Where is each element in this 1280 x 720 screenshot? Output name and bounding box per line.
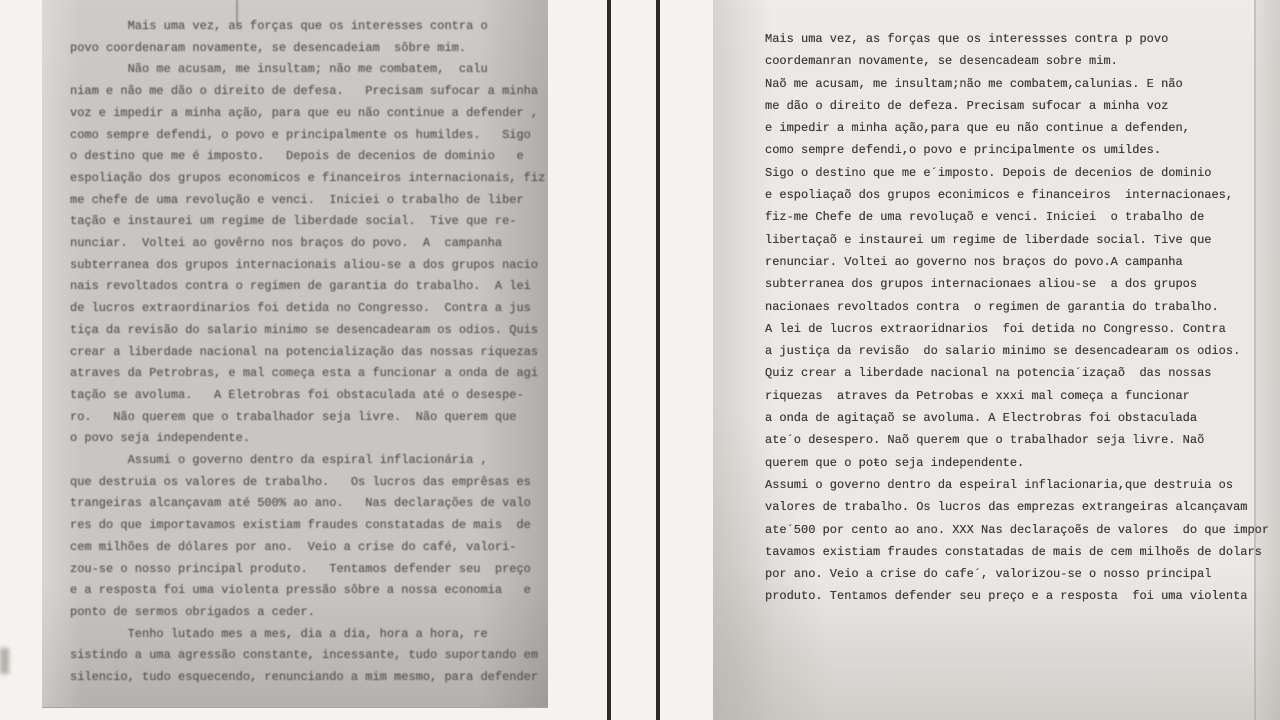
text-line: de lucros extraordinarios foi detida no … (70, 298, 548, 320)
text-line: que destruia os valores de trabalho. Os … (70, 472, 548, 494)
text-line: como sempre defendi, o povo e principalm… (70, 125, 548, 147)
text-line: nais revoltados contra o regimen de gara… (70, 276, 548, 298)
text-line: fiz-me Chefe de uma revoluçaõ e venci. I… (765, 206, 1275, 228)
text-line: me dão o direito de defeza. Precisam suf… (765, 95, 1275, 117)
scan-smudge (0, 648, 9, 674)
text-line: e impedir a minha ação,para que eu não c… (765, 117, 1275, 139)
text-line: ate´500 por cento ao ano. XXX Nas declar… (765, 519, 1275, 541)
text-line: Mais uma vez, as forças que os interesse… (70, 16, 548, 38)
text-line: e espoliaçaõ dos grupos econimicos e fin… (765, 184, 1275, 206)
text-line: e a resposta foi uma violenta pressão sô… (70, 580, 548, 602)
text-line: cem milhões de dólares por ano. Veio a c… (70, 537, 548, 559)
text-line: A lei de lucros extraoridnarios foi deti… (765, 318, 1275, 340)
text-line: a justiça da revisão do salario minimo s… (765, 340, 1275, 362)
text-line: Assumi o governo dentro da espiral infla… (70, 450, 548, 472)
left-page-text: Mais uma vez, as forças que os interesse… (70, 16, 548, 689)
text-line: a onda de agitaçaõ se avoluma. A Electro… (765, 407, 1275, 429)
text-line: atraves da Petrobras, e mal começa esta … (70, 363, 548, 385)
text-line: tação se avoluma. A Eletrobras foi obsta… (70, 385, 548, 407)
right-page: Mais uma vez, as forças que os interesss… (713, 0, 1280, 720)
text-line: crear a liberdade nacional na potenciali… (70, 342, 548, 364)
text-line: tavamos existiam fraudes constatadas de … (765, 541, 1275, 563)
text-line: subterranea dos grupos internacionais al… (70, 255, 548, 277)
text-line: renunciar. Voltei ao governo nos braços … (765, 251, 1275, 273)
text-line: silencio, tudo esquecendo, renunciando a… (70, 667, 548, 689)
text-line: povo coordenaram novamente, se desencade… (70, 38, 548, 60)
text-line: zou-se o nosso principal produto. Tentam… (70, 559, 548, 581)
book-spine-line-left (607, 0, 611, 720)
text-line: riquezas atraves da Petrobas e xxxi mal … (765, 385, 1275, 407)
text-line: Sigo o destino que me e´imposto. Depois … (765, 162, 1275, 184)
left-page: Mais uma vez, as forças que os interesse… (42, 0, 548, 707)
text-line: subterranea dos grupos internacionaes al… (765, 273, 1275, 295)
text-line: sistindo a uma agressão constante, inces… (70, 645, 548, 667)
text-line: voz e impedir a minha ação, para que eu … (70, 103, 548, 125)
text-line: por ano. Veio a crise do cafe´, valorizo… (765, 563, 1275, 585)
text-line: ate´o desespero. Naõ querem que o trabal… (765, 429, 1275, 451)
text-line: nacionaes revoltados contra o regimen de… (765, 296, 1275, 318)
text-line: niam e não me dão o direito de defesa. P… (70, 81, 548, 103)
text-line: querem que o poŧo seja independente. (765, 452, 1275, 474)
text-line: me chefe de uma revolução e venci. Inici… (70, 190, 548, 212)
text-line: Quiz crear a liberdade nacional na poten… (765, 362, 1275, 384)
text-line: tação e instaurei um regime de liberdade… (70, 211, 548, 233)
text-line: o povo seja independente. (70, 428, 548, 450)
text-line: Assumi o governo dentro da espeiral infl… (765, 474, 1275, 496)
text-line: Naõ me acusam, me insultam;não me combat… (765, 73, 1275, 95)
text-line: o destino que me é imposto. Depois de de… (70, 146, 548, 168)
text-line: ro. Não querem que o trabalhador seja li… (70, 407, 548, 429)
scan-background: Mais uma vez, as forças que os interesse… (0, 0, 1280, 720)
text-line: valores de trabalho. Os lucros das empre… (765, 496, 1275, 518)
book-spine-line-right (656, 0, 660, 720)
text-line: ponto de sermos obrigados a ceder. (70, 602, 548, 624)
text-line: Tenho lutado mes a mes, dia a dia, hora … (70, 624, 548, 646)
text-line: Mais uma vez, as forças que os interesss… (765, 28, 1275, 50)
text-line: produto. Tentamos defender seu preço e a… (765, 585, 1275, 607)
text-line: espoliação dos grupos economicos e finan… (70, 168, 548, 190)
text-line: libertaçaõ e instaurei um regime de libe… (765, 229, 1275, 251)
text-line: trangeiras alcançavam até 500% ao ano. N… (70, 493, 548, 515)
right-page-text: Mais uma vez, as forças que os interesss… (765, 28, 1275, 608)
text-line: como sempre defendi,o povo e principalme… (765, 139, 1275, 161)
text-line: Não me acusam, me insultam; não me comba… (70, 59, 548, 81)
text-line: nunciar. Voltei ao govêrno nos braços do… (70, 233, 548, 255)
text-line: coordemanran novamente, se desencadeam s… (765, 50, 1275, 72)
text-line: res do que importavamos existiam fraudes… (70, 515, 548, 537)
text-line: tiça da revisão do salario minimo se des… (70, 320, 548, 342)
